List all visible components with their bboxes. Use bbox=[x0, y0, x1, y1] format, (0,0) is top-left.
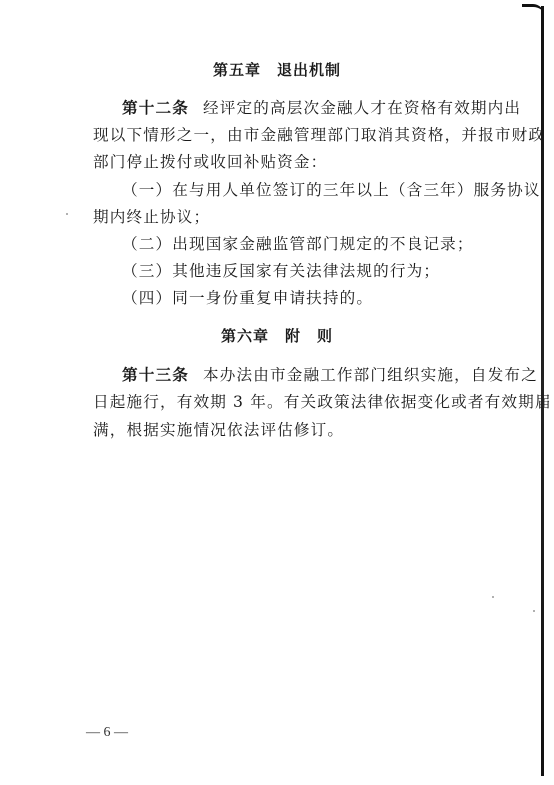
chapter-6-number: 第六章 bbox=[221, 327, 269, 345]
article-13-line-1: 第十三条本办法由市金融工作部门组织实施，自发布之 bbox=[122, 365, 538, 385]
article-12-line-1: 第十二条经评定的高层次金融人才在资格有效期内出 bbox=[122, 98, 521, 118]
scan-speck bbox=[66, 213, 68, 215]
chapter-5-title: 退出机制 bbox=[277, 61, 341, 79]
scan-edge-line bbox=[541, 6, 544, 776]
chapter-6-heading: 第六章附 则 bbox=[0, 326, 554, 346]
article-12-line-2: 现以下情形之一，由市金融管理部门取消其资格，并报市财政 bbox=[93, 125, 545, 145]
page-number: — 6 — bbox=[86, 724, 128, 742]
chapter-5-number: 第五章 bbox=[213, 61, 261, 79]
article-12-item-1-cont: 期内终止协议； bbox=[93, 207, 210, 227]
chapter-6-title: 附 则 bbox=[285, 327, 333, 345]
scan-speck bbox=[533, 610, 535, 612]
chapter-5-heading: 第五章退出机制 bbox=[0, 60, 554, 80]
article-12-text-1: 经评定的高层次金融人才在资格有效期内出 bbox=[203, 99, 521, 117]
article-12-label: 第十二条 bbox=[122, 99, 189, 117]
article-12-line-3: 部门停止拨付或收回补贴资金： bbox=[93, 152, 327, 172]
article-13-line-2: 日起施行，有效期 3 年。有关政策法律依据变化或者有效期届 bbox=[93, 392, 552, 412]
article-12-item-4: （四）同一身份重复申请扶持的。 bbox=[122, 288, 373, 308]
scan-speck bbox=[492, 596, 494, 598]
article-13-line-3: 满，根据实施情况依法评估修订。 bbox=[93, 420, 344, 440]
article-12-item-1: （一）在与用人单位签订的三年以上（含三年）服务协议 bbox=[122, 180, 541, 200]
document-page: 第五章退出机制 第十二条经评定的高层次金融人才在资格有效期内出 现以下情形之一，… bbox=[0, 0, 554, 785]
article-13-label: 第十三条 bbox=[122, 366, 189, 384]
article-13-text-1: 本办法由市金融工作部门组织实施，自发布之 bbox=[203, 366, 538, 384]
article-12-item-3: （三）其他违反国家有关法律法规的行为； bbox=[122, 261, 440, 281]
article-12-item-2: （二）出现国家金融监管部门规定的不良记录； bbox=[122, 234, 474, 254]
